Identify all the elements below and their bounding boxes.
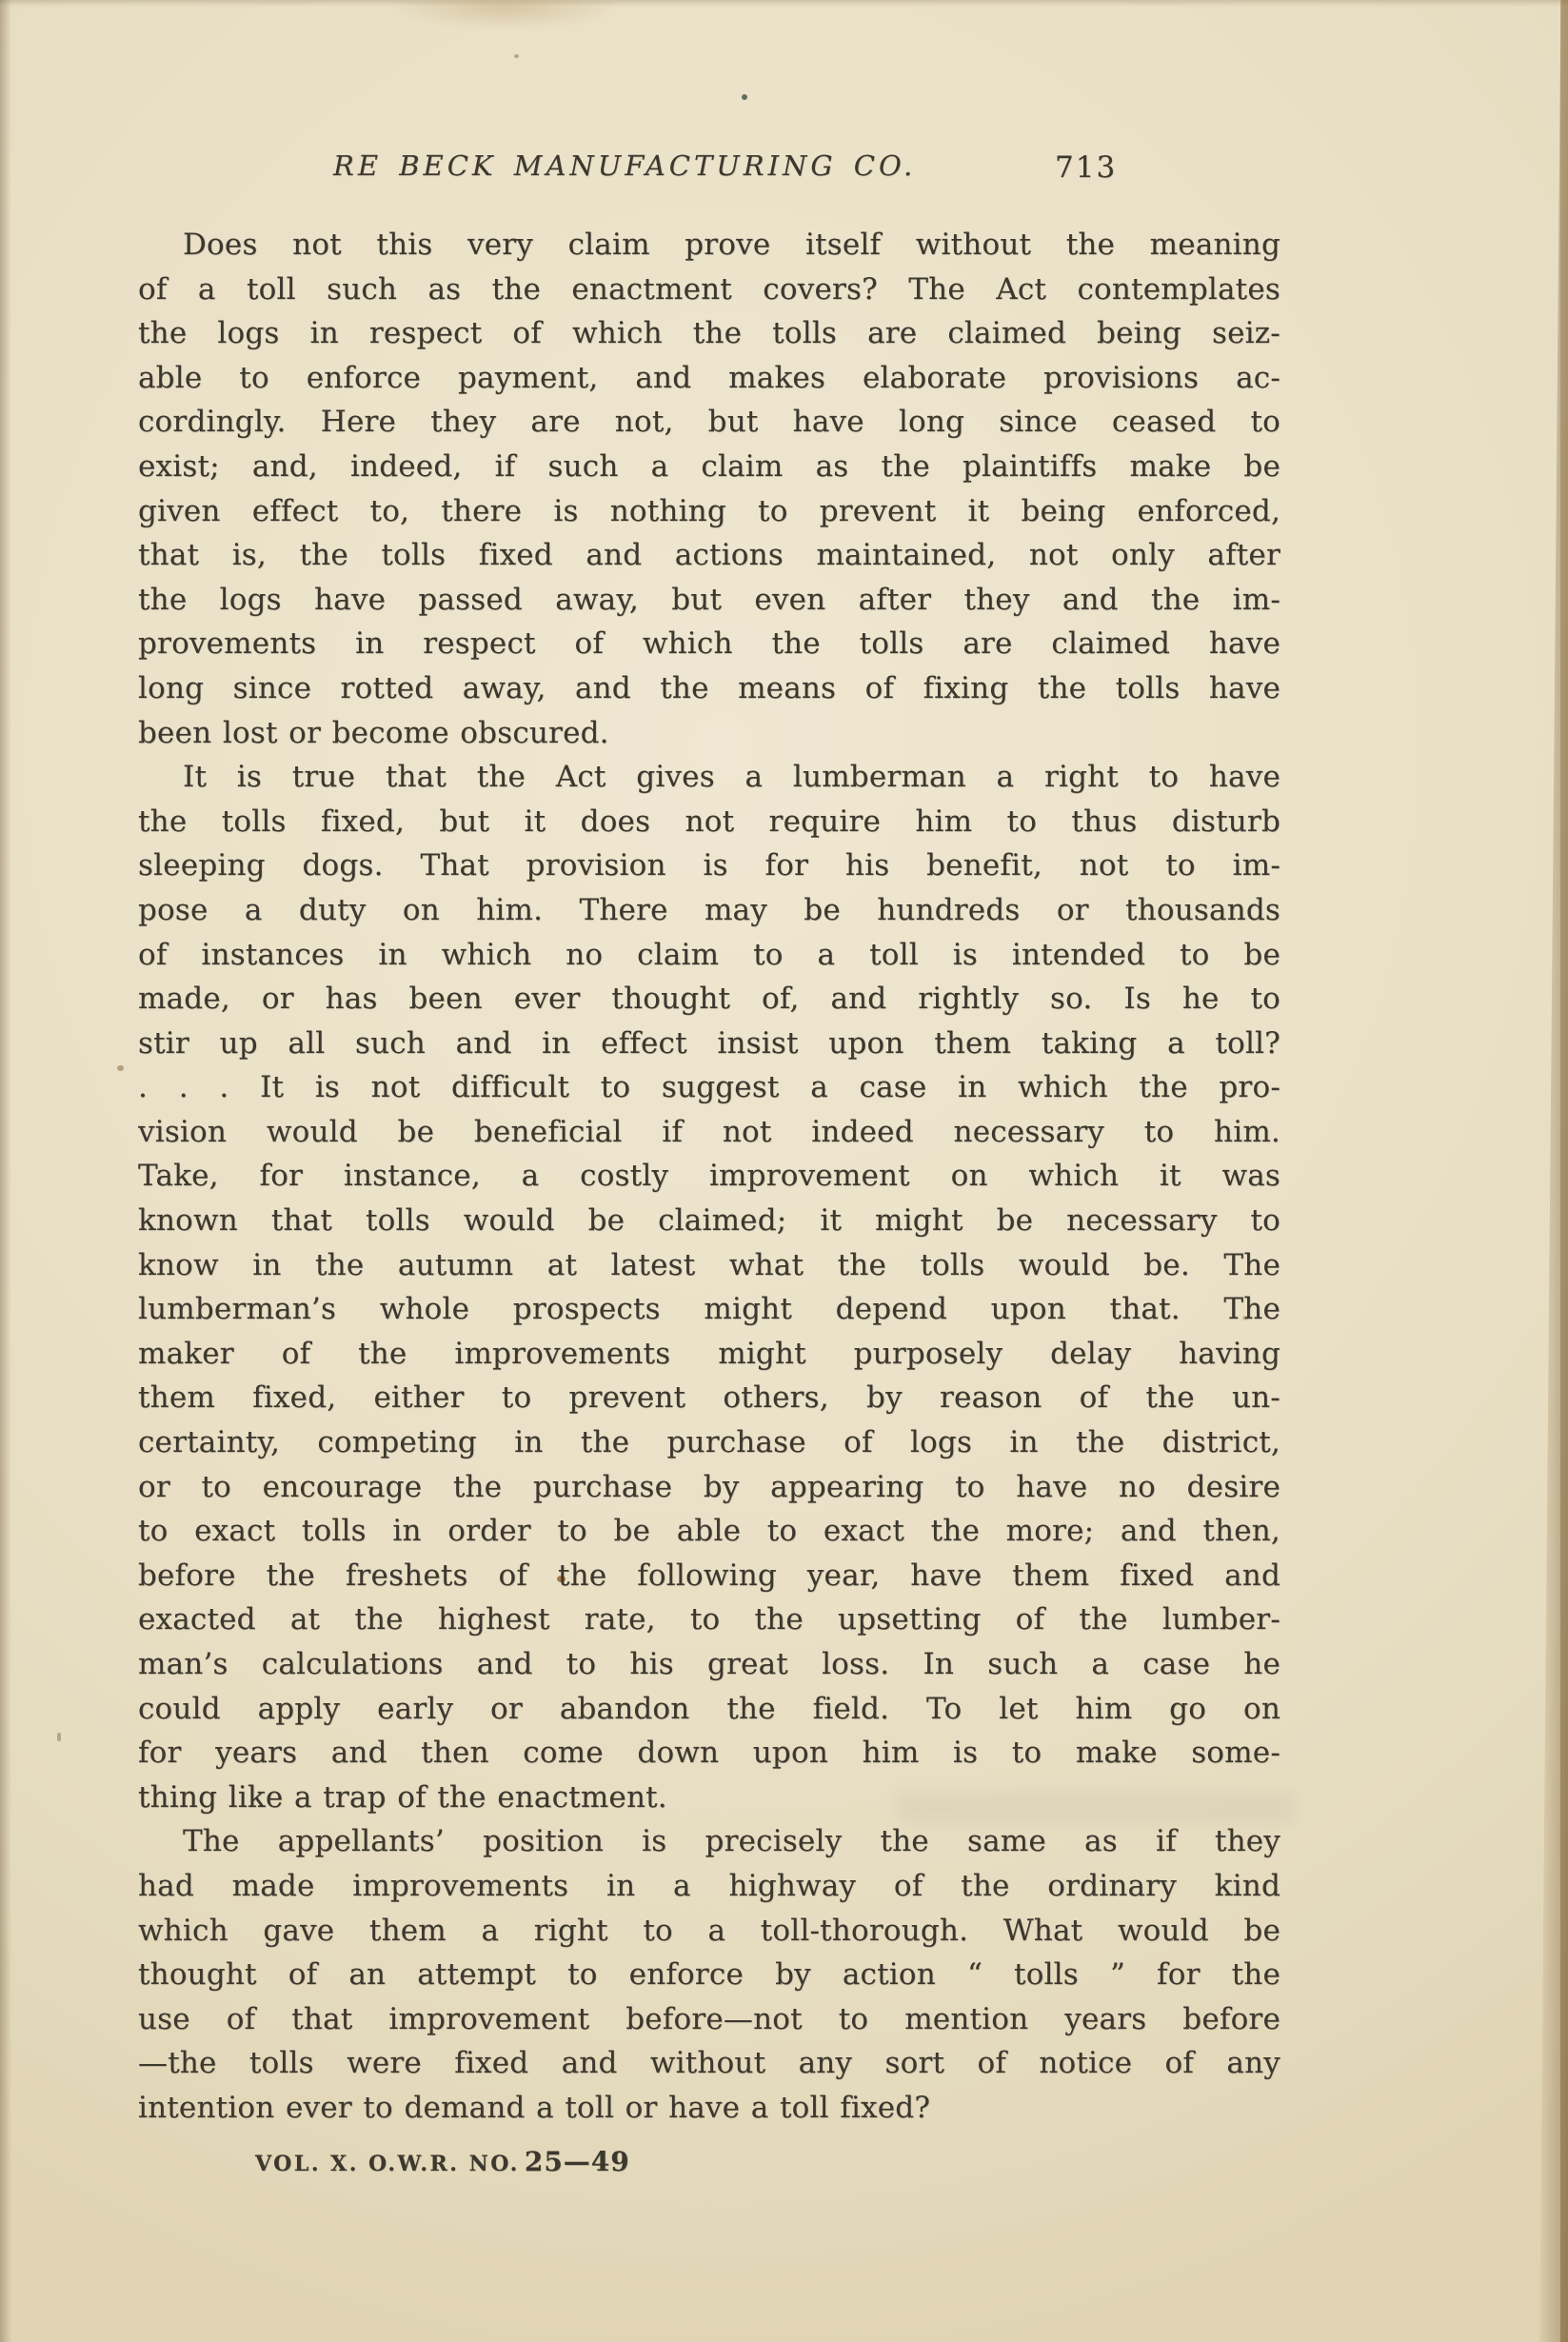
text-line: It is true that the Act gives a lumberma… [138,755,1280,800]
text-line: vision would be beneficial if not indeed… [138,1110,1280,1155]
text-line: of instances in which no claim to a toll… [138,933,1280,978]
text-line: use of that improvement before—not to me… [138,1997,1280,2042]
page-left-edge-shadow [0,0,11,2342]
paragraph-2: It is true that the Act gives a lumberma… [138,755,1280,1819]
text-line: Take, for instance, a costly improvement… [138,1154,1280,1199]
text-line: of a toll such as the enactment covers? … [138,268,1280,312]
running-header-title: RE BECK MANUFACTURING CO. [333,149,916,182]
text-line: given effect to, there is nothing to pre… [138,489,1280,534]
text-line: certainty, competing in the purchase of … [138,1420,1280,1465]
text-line: before the freshets of the following yea… [138,1554,1280,1598]
body-text: Does not this very claim prove itself wi… [138,223,1280,2131]
text-line: that is, the tolls fixed and actions mai… [138,533,1280,578]
text-line: lumberman’s whole prospects might depend… [138,1287,1280,1332]
text-line: know in the autumn at latest what the to… [138,1243,1280,1288]
paper-speck [57,1733,61,1741]
paper-speck [742,94,747,100]
text-line: sleeping dogs. That provision is for his… [138,844,1280,888]
text-line: provements in respect of which the tolls… [138,622,1280,666]
text-line: the logs in respect of which the tolls a… [138,311,1280,356]
text-line: Does not this very claim prove itself wi… [138,223,1280,268]
text-line: to exact tolls in order to be able to ex… [138,1509,1280,1554]
text-line: them fixed, either to prevent others, by… [138,1376,1280,1420]
text-line: which gave them a right to a toll-thorou… [138,1909,1280,1954]
text-line: made, or has been ever thought of, and r… [138,977,1280,1022]
text-line: man’s calculations and to his great loss… [138,1642,1280,1687]
paper-speck [117,1065,124,1071]
text-line: been lost or become obscured. [138,711,1280,756]
text-line: long since rotted away, and the means of… [138,666,1280,711]
text-line: thing like a trap of the enactment. [138,1776,1280,1820]
page-number: 713 [1055,150,1117,185]
page-right-edge-line [1560,0,1568,2342]
text-line: exist; and, indeed, if such a claim as t… [138,445,1280,489]
text-line: could apply early or abandon the field. … [138,1687,1280,1732]
text-line: cordingly. Here they are not, but have l… [138,400,1280,445]
text-line: had made improvements in a highway of th… [138,1864,1280,1909]
volume-issue-number: 25—49 [525,2146,630,2177]
text-line: thought of an attempt to enforce by acti… [138,1953,1280,1997]
text-line: able to enforce payment, and makes elabo… [138,356,1280,401]
text-line: maker of the improvements might purposel… [138,1332,1280,1377]
text-line: exacted at the highest rate, to the upse… [138,1598,1280,1642]
text-line: known that tolls would be claimed; it mi… [138,1199,1280,1243]
text-line: stir up all such and in effect insist up… [138,1022,1280,1066]
text-line: for years and then come down upon him is… [138,1731,1280,1776]
paper-stain [390,0,619,29]
paragraph-3: The appellants’ position is precisely th… [138,1819,1280,2130]
book-page: RE BECK MANUFACTURING CO. 713 Does not t… [0,0,1568,2342]
text-line: The appellants’ position is precisely th… [138,1819,1280,1864]
text-line: intention ever to demand a toll or have … [138,2086,1280,2131]
text-line: —the tolls were fixed and without any so… [138,2041,1280,2086]
paragraph-1: Does not this very claim prove itself wi… [138,223,1280,755]
page-top-edge-shadow [0,0,1568,7]
volume-citation: VOL. X. O.W.R. NO. [255,2152,520,2176]
text-line: the logs have passed away, but even afte… [138,578,1280,623]
volume-footer: VOL. X. O.W.R. NO. 25—49 [255,2146,630,2177]
text-line: or to encourage the purchase by appearin… [138,1465,1280,1510]
paper-speck [514,54,519,58]
text-line: pose a duty on him. There may be hundred… [138,888,1280,933]
text-line: . . . It is not difficult to suggest a c… [138,1065,1280,1110]
text-line: the tolls fixed, but it does not require… [138,800,1280,844]
